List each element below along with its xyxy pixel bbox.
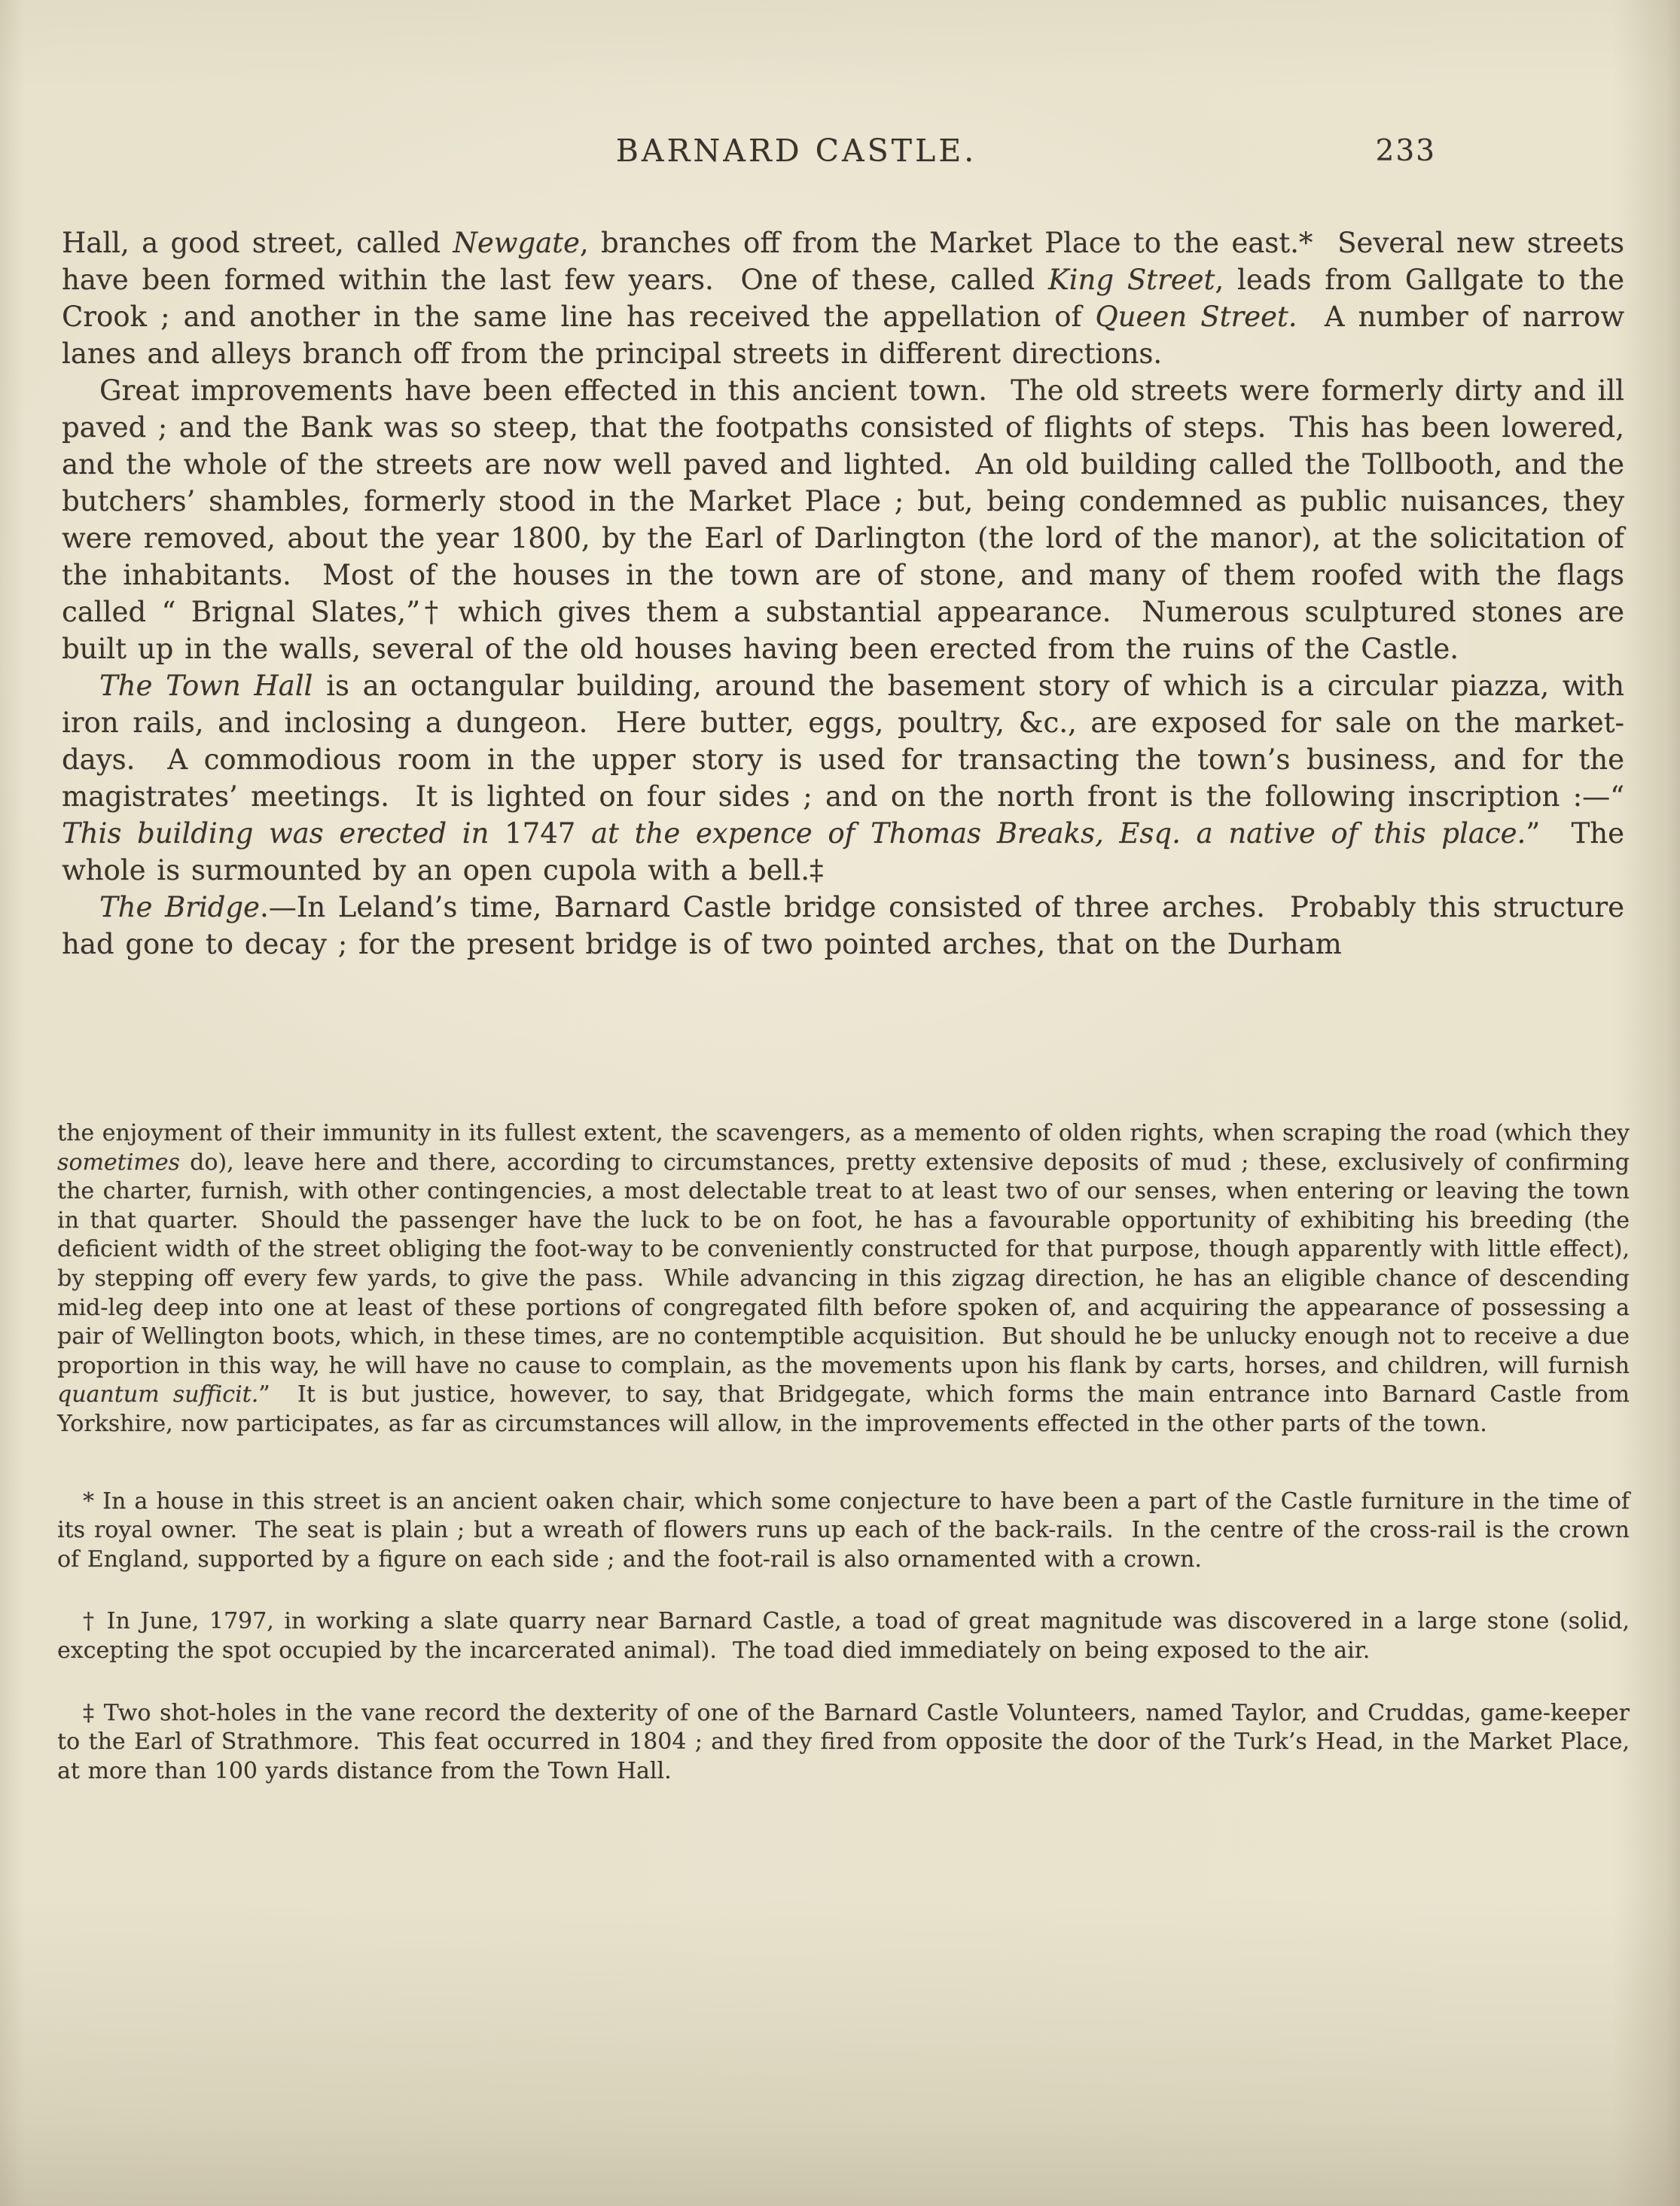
footnote-continuation: the enjoyment of their immunity in its f… — [57, 1119, 1630, 1439]
paragraph-town-hall: The Town Hall is an octangular building,… — [62, 667, 1624, 889]
footnote-dagger: † In June, 1797, in working a slate quar… — [57, 1607, 1630, 1665]
running-header: BARNARD CASTLE. 233 — [62, 133, 1624, 178]
paragraph-bridge: The Bridge.—In Leland’s time, Barnard Ca… — [62, 889, 1624, 963]
paragraph-hall-streets: Hall, a good street, called Newgate, bra… — [62, 224, 1624, 372]
paragraph-improvements: Great improvements have been effected in… — [62, 372, 1624, 667]
page-number: 233 — [1376, 134, 1436, 168]
footnote-asterisk: * In a house in this street is an ancien… — [57, 1487, 1630, 1575]
footnote-double-dagger: ‡ Two shot-holes in the vane record the … — [57, 1699, 1630, 1786]
footnotes-block: the enjoyment of their immunity in its f… — [57, 1119, 1630, 1786]
main-text-block: Hall, a good street, called Newgate, bra… — [62, 224, 1624, 963]
page-title: BARNARD CASTLE. — [15, 133, 1578, 169]
book-page: BARNARD CASTLE. 233 Hall, a good street,… — [0, 0, 1680, 2206]
